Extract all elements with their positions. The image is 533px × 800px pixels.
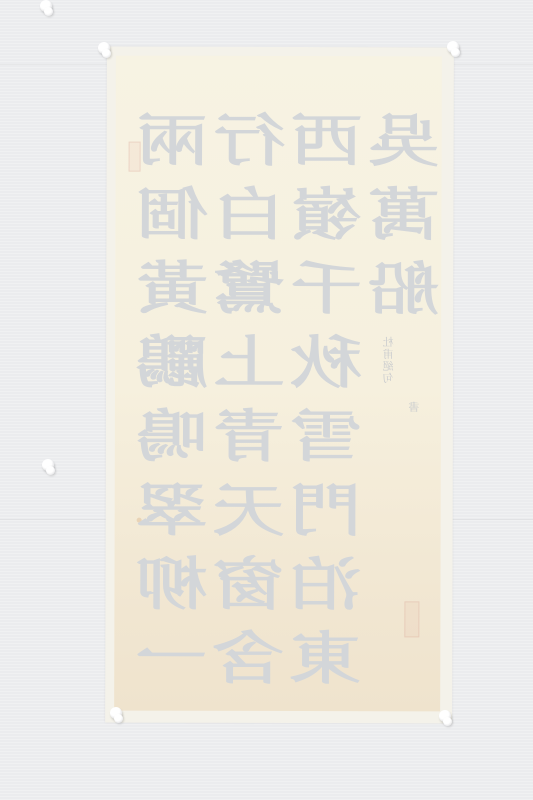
push-pin-icon	[439, 710, 451, 722]
character: 秋	[281, 329, 371, 397]
push-pin-icon	[110, 707, 122, 719]
push-pin-icon	[42, 459, 54, 471]
character: 雪	[281, 403, 371, 471]
push-pin-icon	[40, 0, 52, 12]
scroll-paper: 兩 個 黃 鸝 鳴 翠 柳 一 行 白 鷺 上 青 天 窗 含 西 嶺	[114, 56, 442, 712]
character: 泊	[281, 551, 371, 619]
character: 吳	[359, 107, 449, 175]
text-column-3: 西 嶺 千 秋 雪 門 泊 東	[286, 104, 366, 696]
character: 萬	[359, 181, 449, 249]
character: 東	[280, 625, 370, 693]
push-pin-icon	[447, 41, 459, 53]
text-column-1: 兩 個 黃 鸝 鳴 翠 柳 一	[132, 104, 212, 696]
push-pin-icon	[98, 42, 110, 54]
text-column-4: 吳 萬 船	[364, 104, 443, 326]
character: 船	[358, 255, 448, 323]
text-column-2: 行 白 鷺 上 青 天 窗 含	[209, 104, 289, 696]
inscription-line-2: 書	[407, 401, 423, 413]
character: 門	[281, 477, 371, 545]
inscription-line-1: 杜甫絕句	[381, 336, 397, 384]
calligraphy-scroll: 兩 個 黃 鸝 鳴 翠 柳 一 行 白 鷺 上 青 天 窗 含 西 嶺	[105, 47, 454, 724]
